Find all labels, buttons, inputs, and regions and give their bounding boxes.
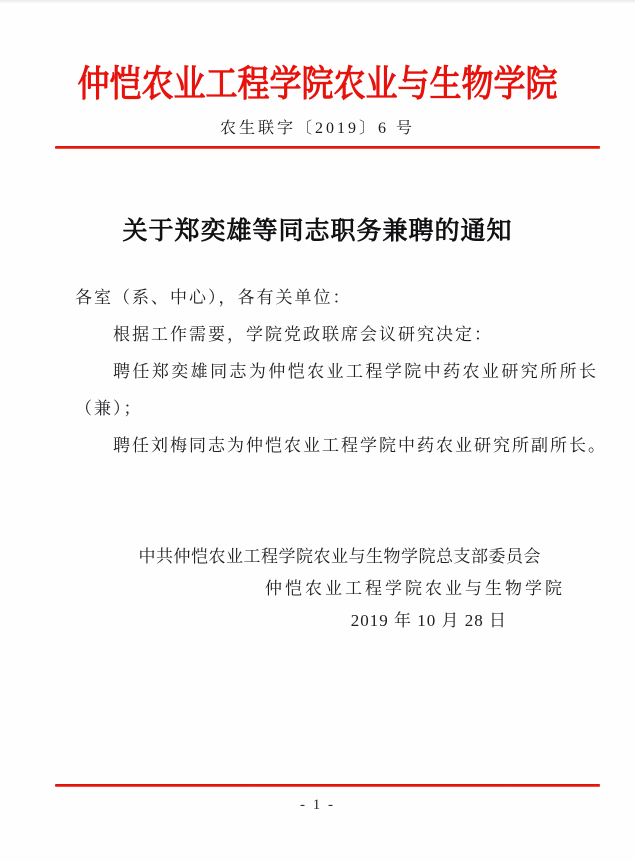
- document-page: 仲恺农业工程学院农业与生物学院 农生联字〔2019〕6 号 关于郑奕雄等同志职务…: [0, 0, 635, 862]
- document-reference-number: 农生联字〔2019〕6 号: [0, 115, 635, 138]
- salutation-line: 各室（系、中心），各有关单位：: [75, 279, 598, 316]
- signature-org-college: 仲恺农业工程学院农业与生物学院: [0, 573, 635, 605]
- footer-red-rule: [55, 784, 600, 787]
- signature-date: 2019 年 10 月 28 日: [0, 605, 635, 637]
- signature-block: 中共仲恺农业工程学院农业与生物学院总支部委员会 仲恺农业工程学院农业与生物学院 …: [0, 541, 635, 637]
- notice-body: 各室（系、中心），各有关单位： 根据工作需要，学院党政联席会议研究决定： 聘任郑…: [75, 279, 598, 464]
- letterhead-issuer-title: 仲恺农业工程学院农业与生物学院: [0, 62, 635, 106]
- body-line-appointment-1: 聘任郑奕雄同志为仲恺农业工程学院中药农业研究所所长: [75, 353, 598, 390]
- body-line-appointment-1-continued: （兼）；: [75, 390, 598, 427]
- signature-org-party-committee: 中共仲恺农业工程学院农业与生物学院总支部委员会: [0, 541, 635, 573]
- body-line-decision: 根据工作需要，学院党政联席会议研究决定：: [75, 316, 598, 353]
- letterhead-red-rule: [55, 146, 600, 149]
- body-line-appointment-2: 聘任刘梅同志为仲恺农业工程学院中药农业研究所副所长。: [75, 427, 598, 464]
- page-number: - 1 -: [0, 797, 635, 814]
- notice-title: 关于郑奕雄等同志职务兼聘的通知: [0, 211, 635, 247]
